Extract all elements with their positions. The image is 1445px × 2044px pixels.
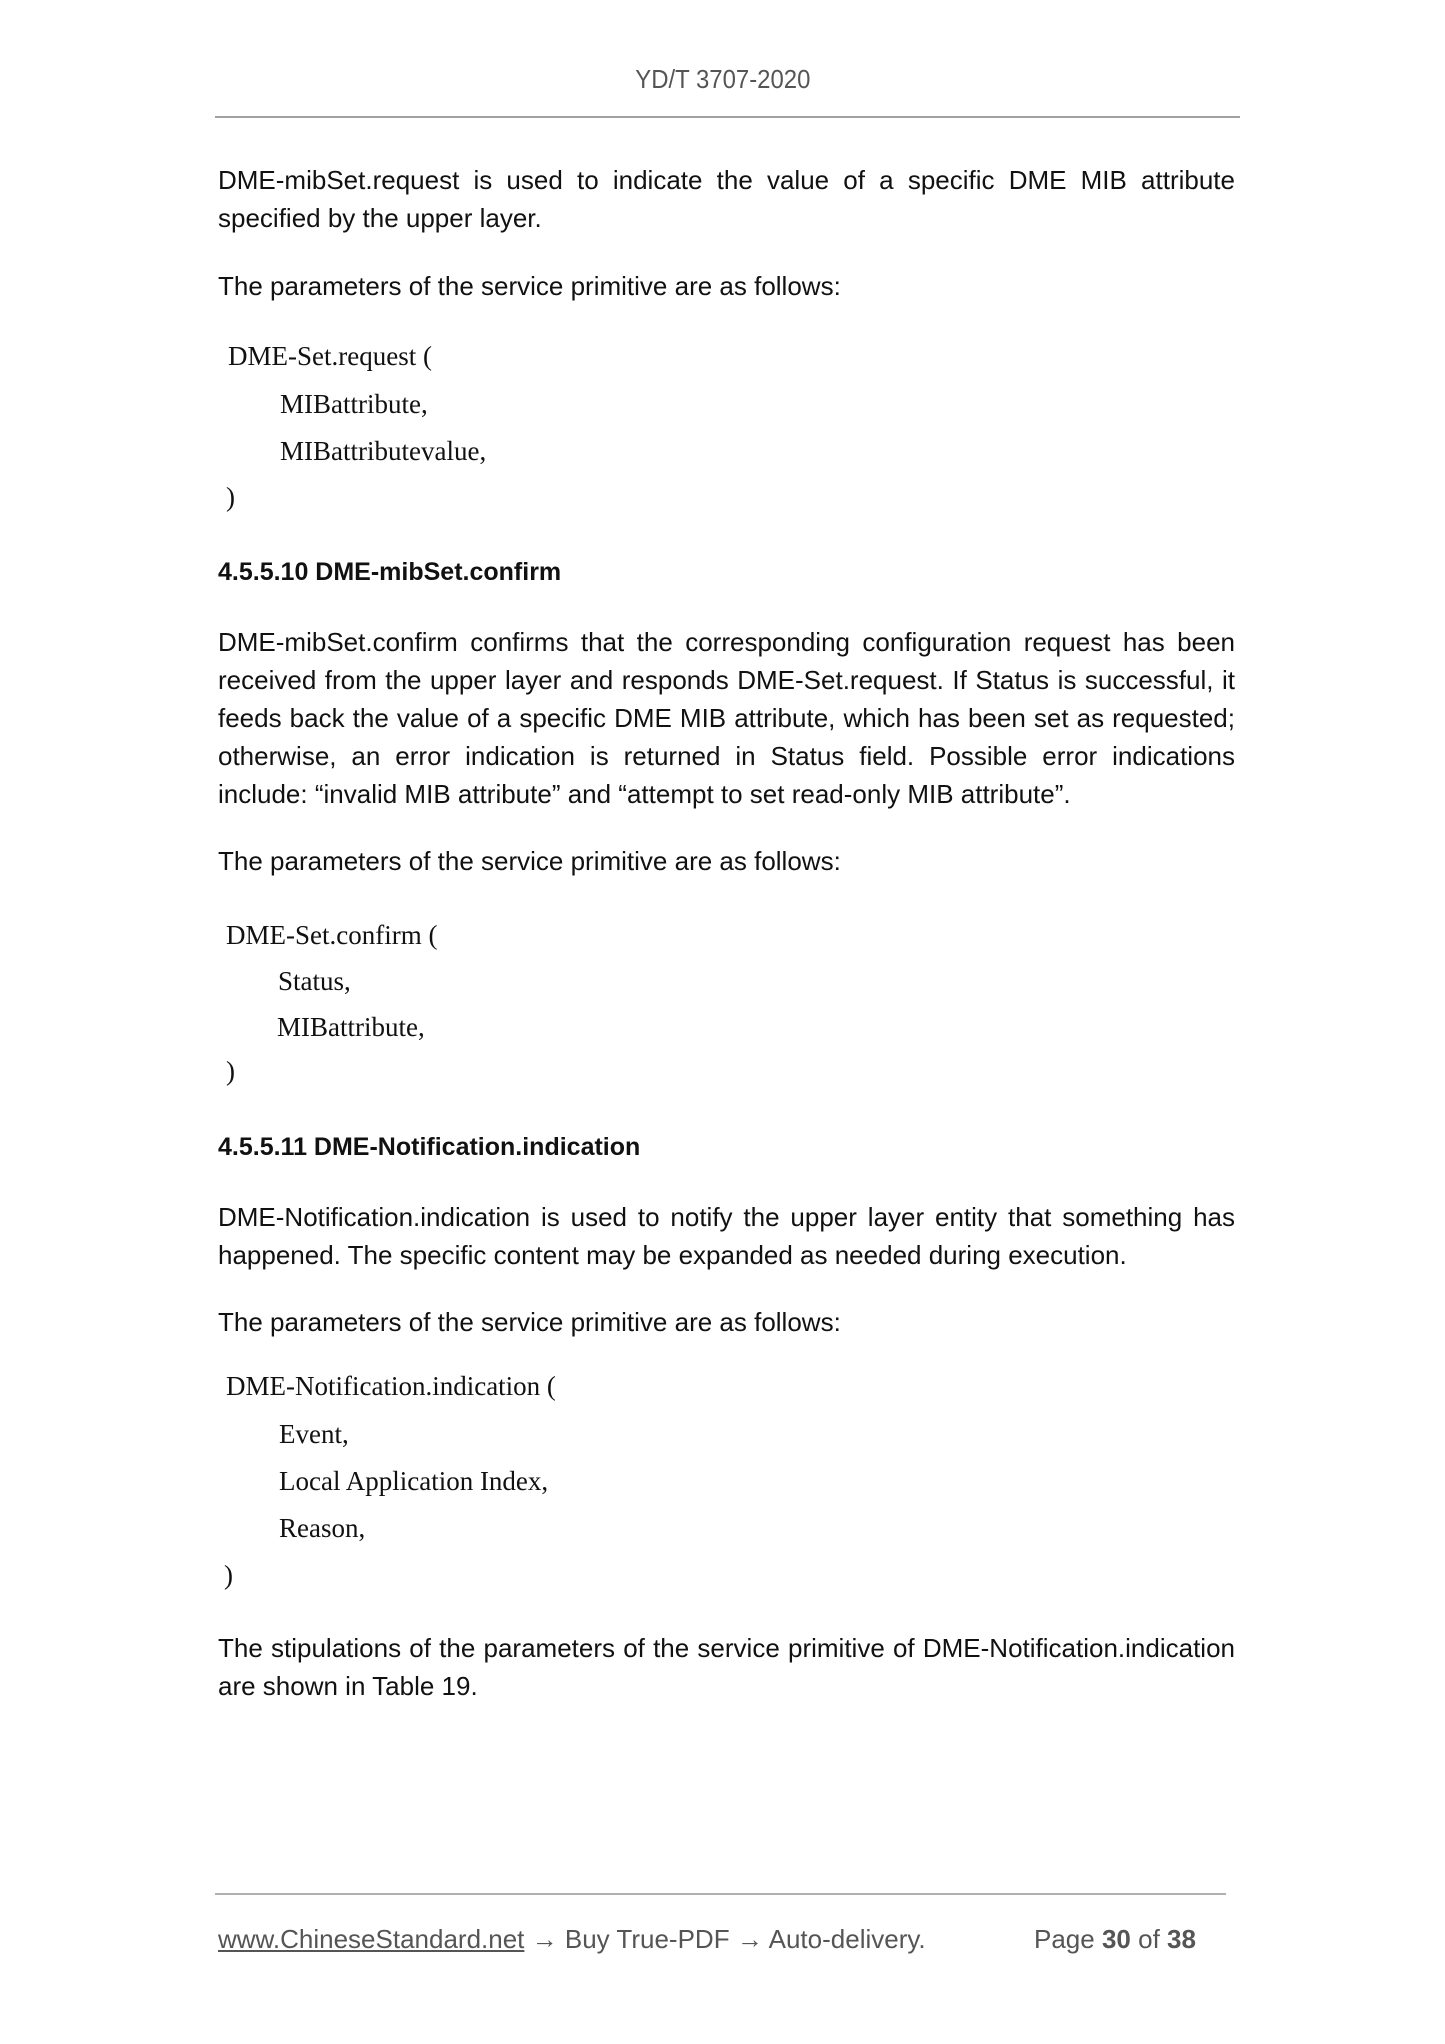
code-open-set-confirm: DME-Set.confirm (: [226, 920, 437, 951]
auto-delivery-text: Auto-delivery.: [769, 1924, 926, 1954]
arrow-right-icon: →: [532, 1924, 558, 1954]
section-heading-mibset-confirm: 4.5.5.10 DME-mibSet.confirm: [218, 558, 561, 587]
document-id-header: YD/T 3707-2020: [58, 64, 1387, 95]
arrow-right-icon: →: [737, 1924, 763, 1954]
document-page: YD/T 3707-2020 DME-mibSet.request is use…: [0, 0, 1445, 2044]
code-param: Reason,: [279, 1513, 365, 1544]
intro-paragraph: DME-mibSet.request is used to indicate t…: [218, 161, 1235, 237]
code-param: MIBattribute,: [277, 1012, 425, 1043]
section-heading-notification-indication: 4.5.5.11 DME-Notification.indication: [218, 1133, 640, 1162]
code-open-set-request: DME-Set.request (: [228, 341, 432, 372]
closing-paragraph: The stipulations of the parameters of th…: [218, 1629, 1235, 1705]
section-2-paragraph: DME-Notification.indication is used to n…: [218, 1198, 1235, 1274]
params-intro-2: The parameters of the service primitive …: [218, 842, 1235, 880]
page-indicator: Page 30 of 38: [1034, 1924, 1196, 1955]
code-param: Local Application Index,: [279, 1466, 548, 1497]
params-intro-1: The parameters of the service primitive …: [218, 267, 1235, 305]
code-param: Status,: [278, 966, 351, 997]
footer-promo: www.ChineseStandard.net → Buy True-PDF →…: [218, 1924, 926, 1955]
header-rule: [215, 116, 1240, 118]
code-open-notification-indication: DME-Notification.indication (: [226, 1371, 556, 1402]
page-total: 38: [1167, 1924, 1196, 1954]
code-close: ): [226, 1056, 235, 1087]
footer-rule: [215, 1893, 1226, 1895]
code-param: Event,: [279, 1419, 349, 1450]
section-1-paragraph: DME-mibSet.confirm confirms that the cor…: [218, 623, 1235, 813]
params-intro-3: The parameters of the service primitive …: [218, 1303, 1235, 1341]
page-of-label: of: [1138, 1924, 1160, 1954]
site-link[interactable]: www.ChineseStandard.net: [218, 1924, 524, 1954]
page-current: 30: [1102, 1924, 1131, 1954]
code-param: MIBattributevalue,: [280, 436, 486, 467]
buy-true-pdf-text: Buy True-PDF: [565, 1924, 730, 1954]
code-close: ): [226, 482, 235, 513]
code-close: ): [224, 1560, 233, 1591]
page-label: Page: [1034, 1924, 1095, 1954]
code-param: MIBattribute,: [280, 389, 428, 420]
